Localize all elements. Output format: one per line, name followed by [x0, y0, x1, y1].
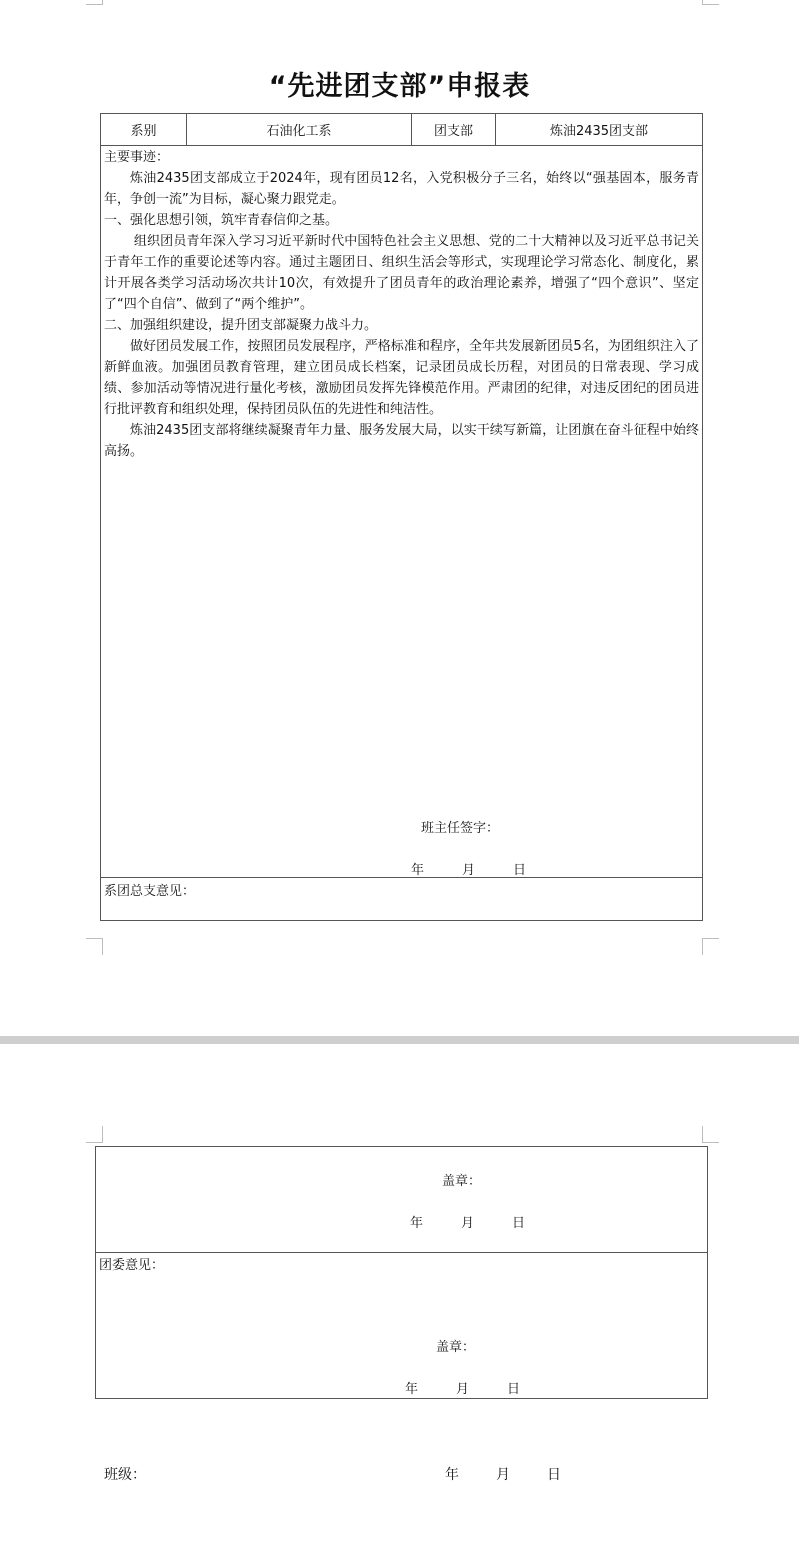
youth-league-stamp-label: 盖章：	[436, 1336, 475, 1355]
youth-league-opinion-label: 团委意见：	[99, 1254, 164, 1273]
application-table: 系别 石油化工系 团支部 炼油2435团支部 主要事迹： 炼油2435团支部成立…	[100, 113, 703, 921]
date-day: 日	[507, 1378, 558, 1397]
page-corner-mark	[702, 1126, 719, 1143]
date-month: 月	[461, 1212, 512, 1231]
date-month: 月	[462, 859, 513, 878]
main-deeds-cell[interactable]: 主要事迹： 炼油2435团支部成立于2024年，现有团员12名，入党积极分子三名…	[101, 145, 702, 878]
class-label: 班级：	[104, 1464, 146, 1484]
main-deeds-text: 主要事迹： 炼油2435团支部成立于2024年，现有团员12名，入党积极分子三名…	[101, 145, 702, 462]
date-month: 月	[496, 1464, 547, 1484]
date-day: 日	[513, 859, 564, 878]
dept-stamp-cell[interactable]: 盖章： 年 月 日	[96, 1147, 707, 1253]
opinion-table: 盖章： 年 月 日 团委意见： 盖章： 年 月 日	[95, 1146, 708, 1399]
deeds-heading-1: 一、强化思想引领，筑牢青春信仰之基。	[104, 210, 699, 231]
youth-league-stamp-date: 年 月 日	[405, 1378, 558, 1397]
branch-label-cell: 团支部	[412, 114, 496, 145]
youth-league-opinion-cell[interactable]: 团委意见： 盖章： 年 月 日	[96, 1252, 707, 1398]
deeds-paragraph: 组织团员青年深入学习习近平新时代中国特色社会主义思想、党的二十大精神以及习近平总…	[104, 231, 699, 315]
deeds-paragraph: 炼油2435团支部成立于2024年，现有团员12名，入党积极分子三名，始终以“强…	[104, 168, 699, 210]
dept-stamp-date: 年 月 日	[410, 1212, 563, 1231]
date-month: 月	[456, 1378, 507, 1397]
page-corner-mark	[86, 938, 103, 955]
date-year: 年	[411, 859, 462, 878]
page-corner-mark	[702, 0, 719, 5]
page-corner-mark	[86, 0, 103, 5]
teacher-signature-label: 班主任签字：	[421, 817, 499, 836]
dept-stamp-label: 盖章：	[442, 1170, 481, 1189]
date-day: 日	[512, 1212, 563, 1231]
document-title: “先进团支部”申报表	[0, 64, 799, 103]
deeds-heading-2: 二、加强组织建设，提升团支部凝聚力战斗力。	[104, 315, 699, 336]
dept-opinion-cell[interactable]: 系团总支意见：	[101, 878, 702, 920]
branch-value-cell[interactable]: 炼油2435团支部	[496, 114, 702, 145]
dept-opinion-label: 系团总支意见：	[104, 880, 195, 899]
page-1: “先进团支部”申报表 系别 石油化工系 团支部 炼油2435团支部 主要事迹： …	[0, 0, 799, 1036]
header-row: 系别 石油化工系 团支部 炼油2435团支部	[101, 114, 702, 146]
signature-date: 年 月 日	[411, 859, 564, 878]
page-separator	[0, 1036, 799, 1044]
page-corner-mark	[86, 1126, 103, 1143]
deeds-paragraph: 做好团员发展工作，按照团员发展程序，严格标准和程序，全年共发展新团员5名，为团组…	[104, 336, 699, 420]
deeds-paragraph: 炼油2435团支部将继续凝聚青年力量、服务发展大局，以实干续写新篇，让团旗在奋斗…	[104, 420, 699, 462]
page-corner-mark	[702, 938, 719, 955]
date-day: 日	[547, 1464, 598, 1484]
date-year: 年	[410, 1212, 461, 1231]
dept-value-cell[interactable]: 石油化工系	[187, 114, 412, 145]
date-year: 年	[445, 1464, 496, 1484]
dept-label-cell: 系别	[101, 114, 187, 145]
footer-date: 年 月 日	[445, 1464, 598, 1484]
date-year: 年	[405, 1378, 456, 1397]
main-deeds-label: 主要事迹：	[104, 147, 699, 168]
